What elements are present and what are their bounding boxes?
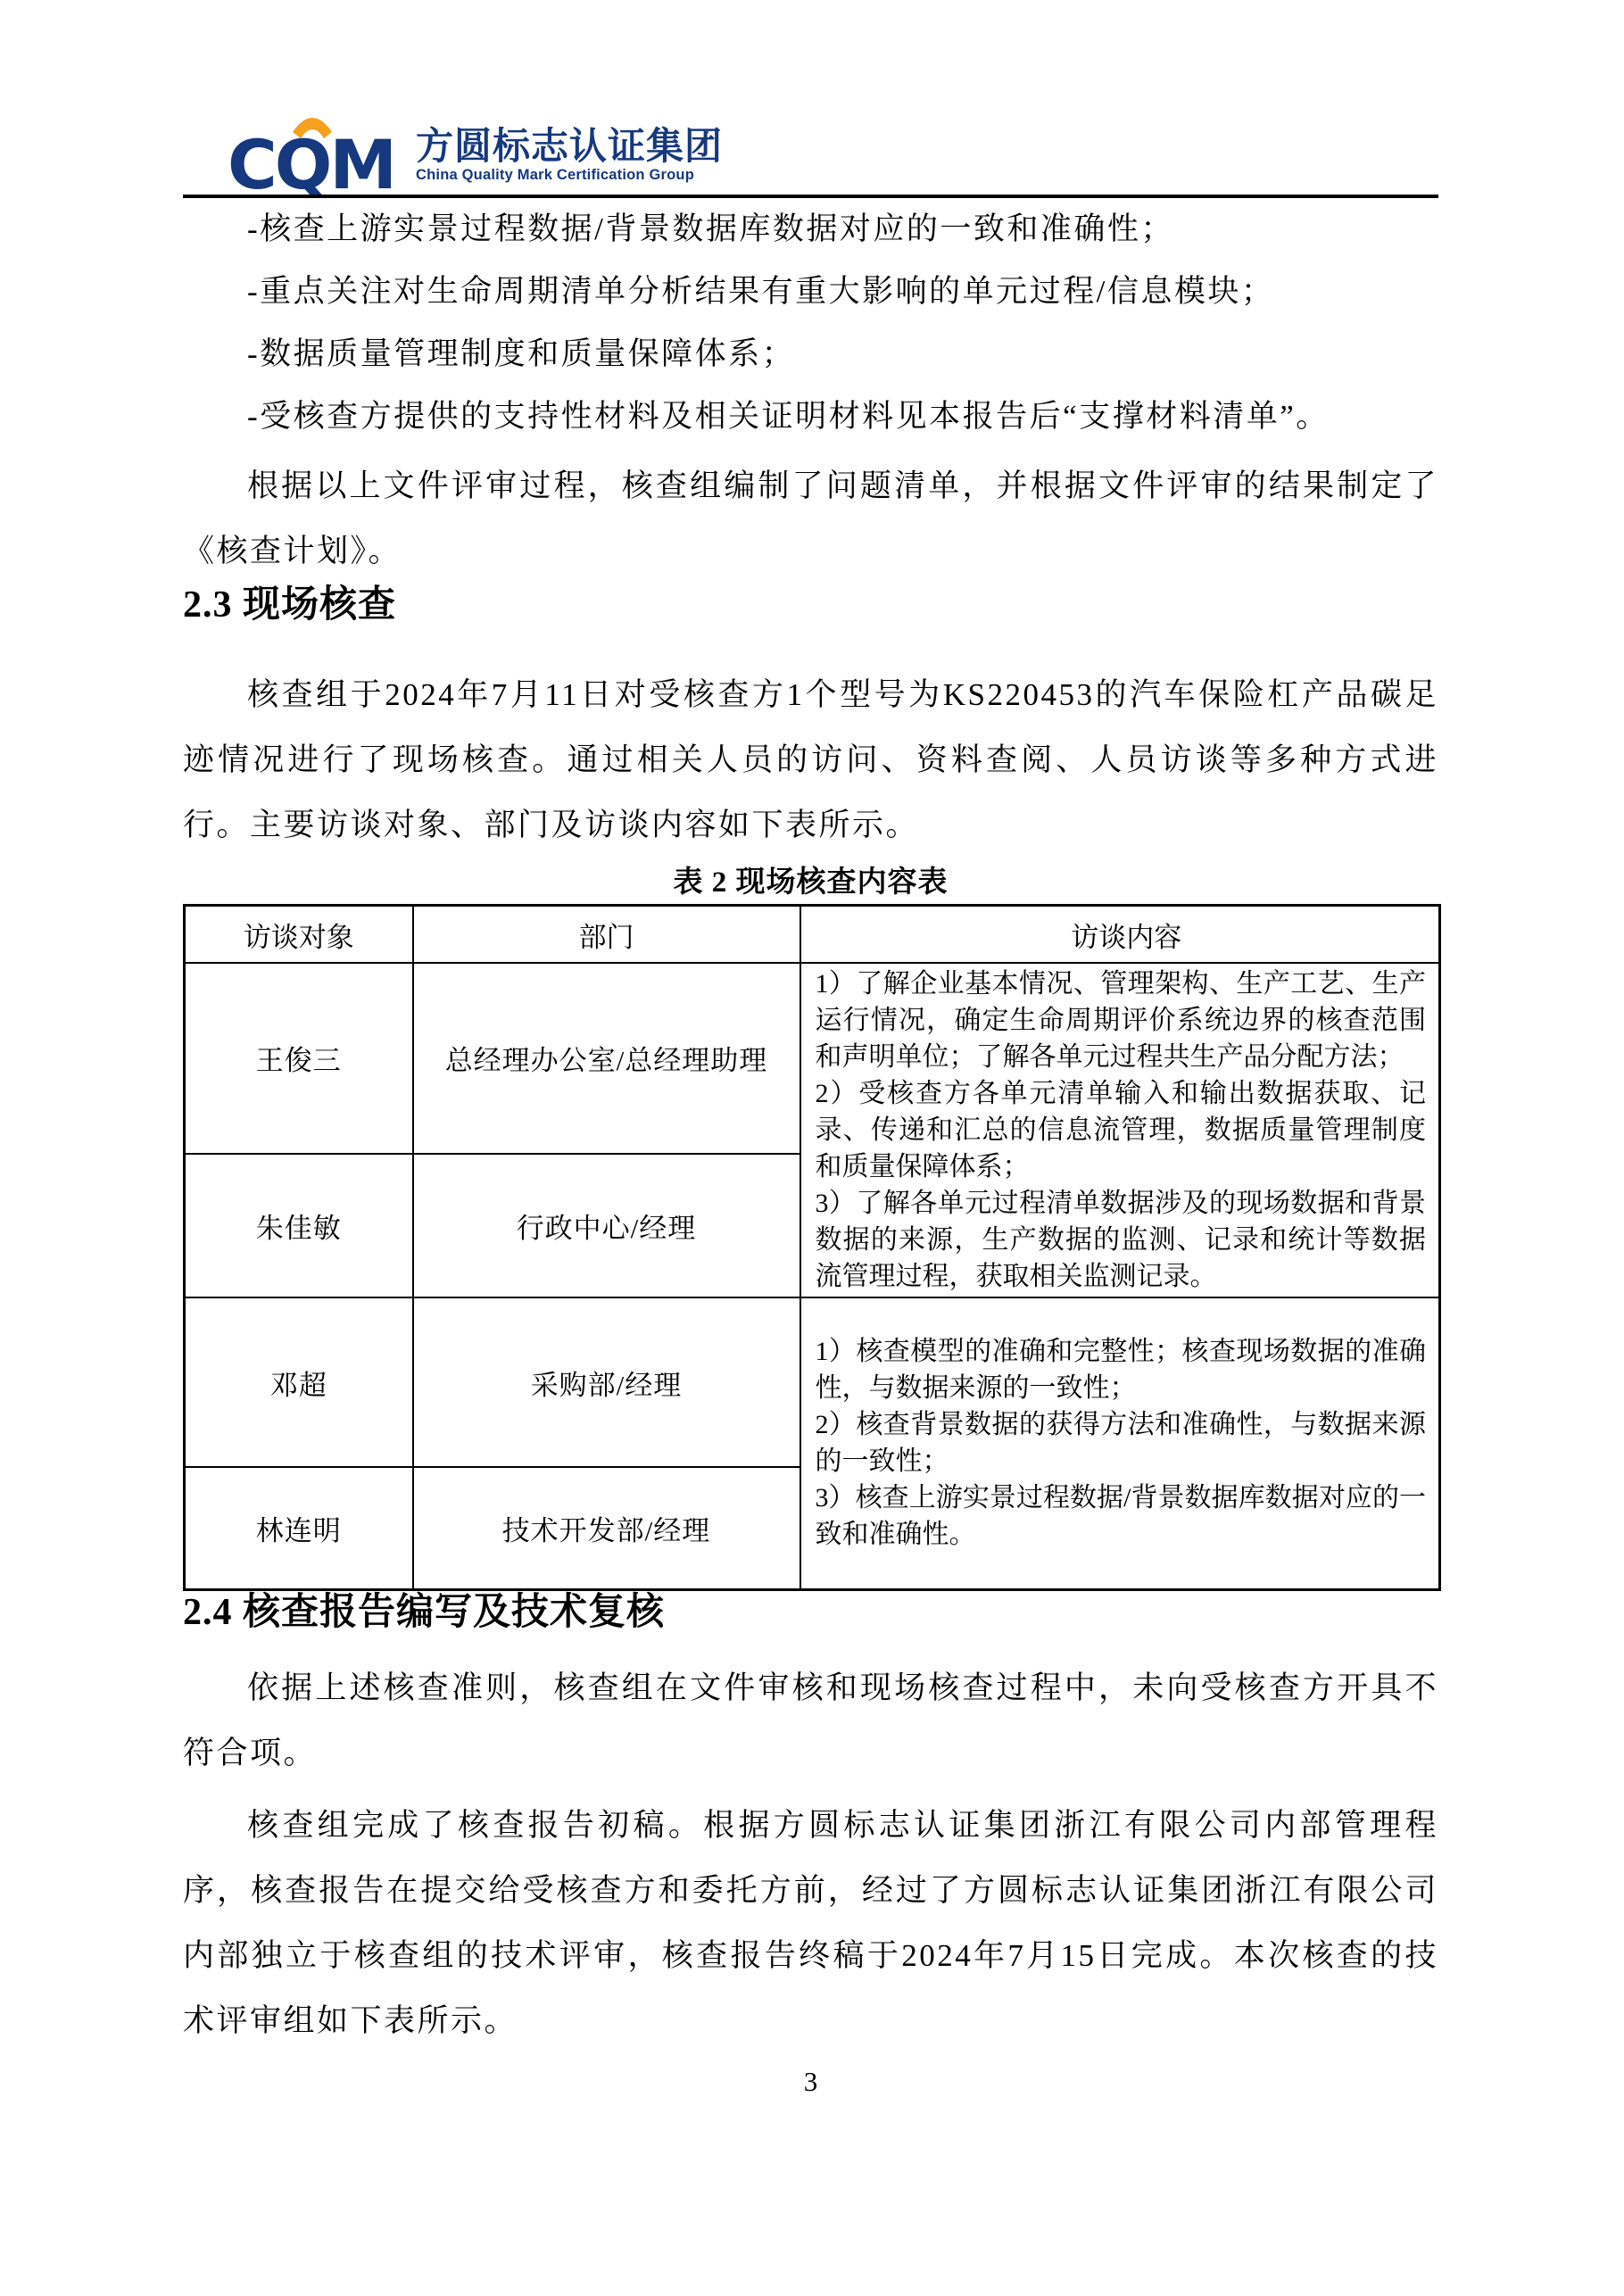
document-page: CQM 方圆标志认证集团 China Quality Mark Certific… (0, 0, 1624, 2296)
header-divider-line (183, 195, 1438, 198)
interviewee-department: 技术开发部/经理 (413, 1467, 800, 1589)
page-header: CQM 方圆标志认证集团 China Quality Mark Certific… (0, 0, 1624, 198)
paragraph-no-nonconformity: 依据上述核查准则，核查组在文件审核和现场核查过程中，未向受核查方开具不符合项。 (183, 1655, 1438, 1786)
paragraph-onsite-verification: 核查组于2024年7月11日对受核查方1个型号为KS220453的汽车保险杠产品… (183, 662, 1438, 858)
table-row: 王俊三 总经理办公室/总经理助理 1）了解企业基本情况、管理架构、生产工艺、生产… (185, 963, 1440, 1154)
cqm-arc-icon (290, 109, 335, 139)
interviewee-name: 林连明 (185, 1467, 413, 1589)
paragraph-document-review: 根据以上文件评审过程，核查组编制了问题清单，并根据文件评审的结果制定了《核查计划… (183, 453, 1438, 584)
cqm-logo-mark: CQM (228, 116, 394, 191)
interview-content-cell: 1）核查模型的准确和完整性；核查现场数据的准确性，与数据来源的一致性； 2）核查… (800, 1297, 1440, 1589)
interviewee-name: 邓超 (185, 1297, 413, 1467)
cqm-logo: CQM 方圆标志认证集团 China Quality Mark Certific… (228, 116, 723, 191)
brand-name-english: China Quality Mark Certification Group (416, 166, 723, 184)
bullet-item: -核查上游实景过程数据/背景数据库数据对应的一致和准确性； (183, 198, 1438, 261)
brand-name-chinese: 方圆标志认证集团 (416, 127, 723, 166)
cqm-logo-text: CQM (228, 139, 394, 191)
section-2-3-heading: 2.3 现场核查 (183, 584, 1438, 626)
interviewee-department: 行政中心/经理 (413, 1154, 800, 1297)
column-header-interview-content: 访谈内容 (800, 906, 1440, 964)
page-number: 3 (183, 2066, 1438, 2098)
brand-text-block: 方圆标志认证集团 China Quality Mark Certificatio… (416, 116, 723, 184)
paragraph-report-draft: 核查组完成了核查报告初稿。根据方圆标志认证集团浙江有限公司内部管理程序，核查报告… (183, 1793, 1438, 2053)
column-header-interviewee: 访谈对象 (185, 906, 413, 964)
table-header-row: 访谈对象 部门 访谈内容 (185, 906, 1440, 964)
bullet-item: -数据质量管理制度和质量保障体系； (183, 323, 1438, 385)
column-header-department: 部门 (413, 906, 800, 964)
table-row: 邓超 采购部/经理 1）核查模型的准确和完整性；核查现场数据的准确性，与数据来源… (185, 1297, 1440, 1467)
interviewee-name: 朱佳敏 (185, 1154, 413, 1297)
bullet-item: -重点关注对生命周期清单分析结果有重大影响的单元过程/信息模块； (183, 261, 1438, 323)
interview-content-cell: 1）了解企业基本情况、管理架构、生产工艺、生产运行情况，确定生命周期评价系统边界… (800, 963, 1440, 1297)
interviewee-name: 王俊三 (185, 963, 413, 1154)
interviewee-department: 采购部/经理 (413, 1297, 800, 1467)
document-body: -核查上游实景过程数据/背景数据库数据对应的一致和准确性； -重点关注对生命周期… (0, 198, 1624, 2098)
bullet-list: -核查上游实景过程数据/背景数据库数据对应的一致和准确性； -重点关注对生命周期… (183, 198, 1438, 448)
interviewee-department: 总经理办公室/总经理助理 (413, 963, 800, 1154)
section-2-4-heading: 2.4 核查报告编写及技术复核 (183, 1591, 1438, 1634)
bullet-item: -受核查方提供的支持性材料及相关证明材料见本报告后“支撑材料清单”。 (183, 385, 1438, 448)
table-2-caption: 表 2 现场核查内容表 (183, 865, 1438, 900)
onsite-verification-table: 访谈对象 部门 访谈内容 王俊三 总经理办公室/总经理助理 1）了解企业基本情况… (183, 904, 1441, 1591)
